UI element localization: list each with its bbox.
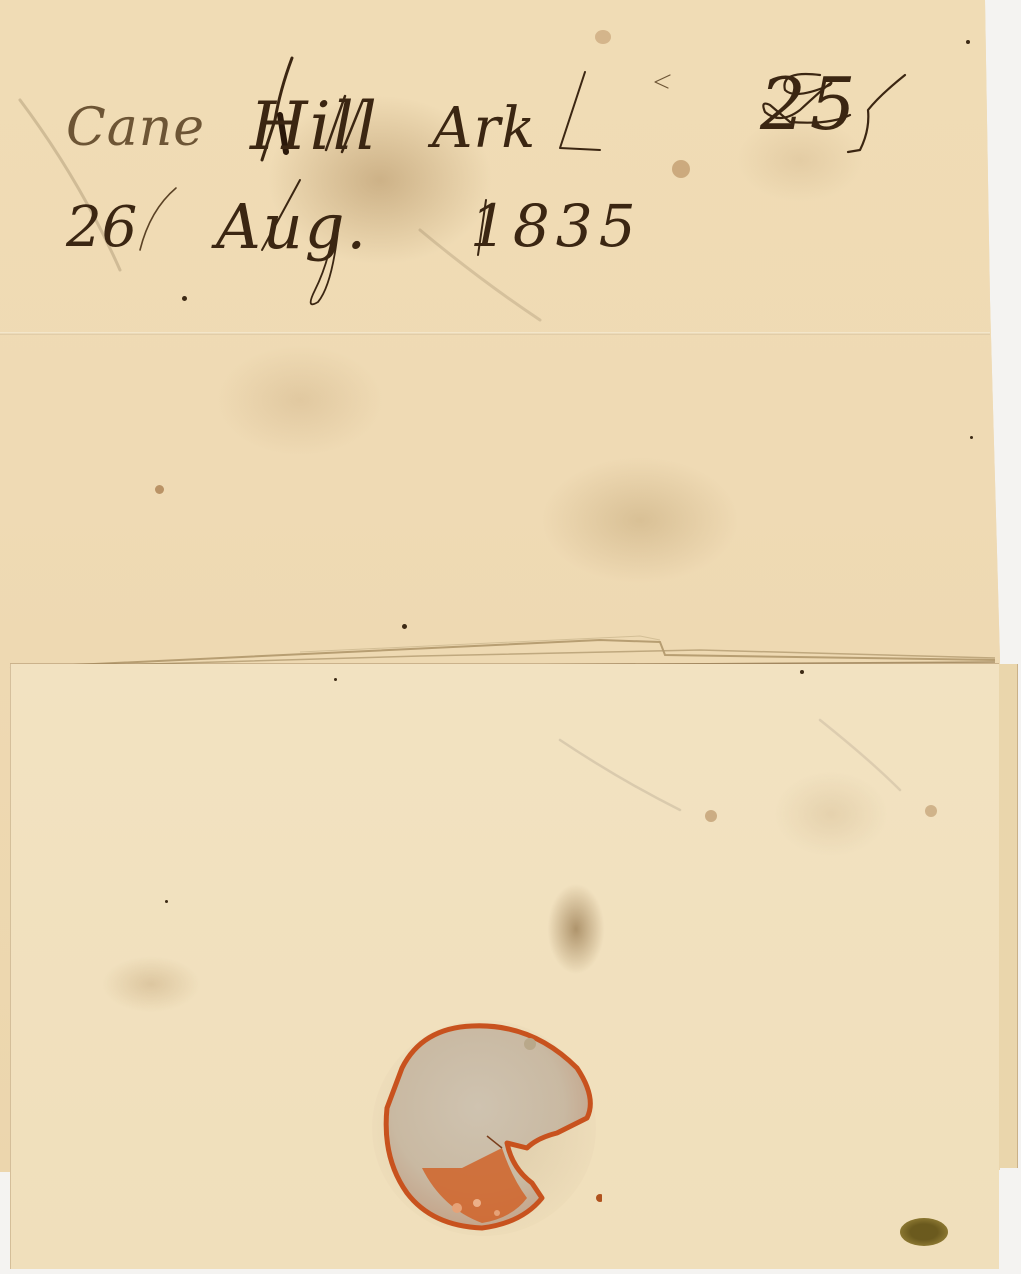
docket-place-word-1: Cane <box>66 98 205 158</box>
docket-date-month: Aug. <box>216 190 368 263</box>
corner-number: 25 <box>760 62 860 146</box>
foxing-spot <box>155 485 164 494</box>
foxing-spot <box>925 805 937 817</box>
ink-speck <box>182 296 187 301</box>
docket-place-word-2: Hill <box>250 88 379 165</box>
ink-speck <box>800 670 804 674</box>
ink-speck <box>165 900 168 903</box>
ink-speck <box>402 624 407 629</box>
olive-stain-spot <box>900 1218 948 1246</box>
docket-date-year: 1835 <box>470 192 642 260</box>
horizontal-fold-crease <box>0 332 990 335</box>
foxing-spot <box>705 810 717 822</box>
ink-speck <box>334 678 337 681</box>
ink-speck <box>966 40 970 44</box>
foxing-spot <box>595 30 611 44</box>
docket-date-day: 26 <box>66 195 137 260</box>
docket-place-word-3: Ark <box>432 96 536 161</box>
ink-speck <box>970 436 973 439</box>
foxing-spot <box>672 160 690 178</box>
wax-seal <box>362 1008 602 1238</box>
